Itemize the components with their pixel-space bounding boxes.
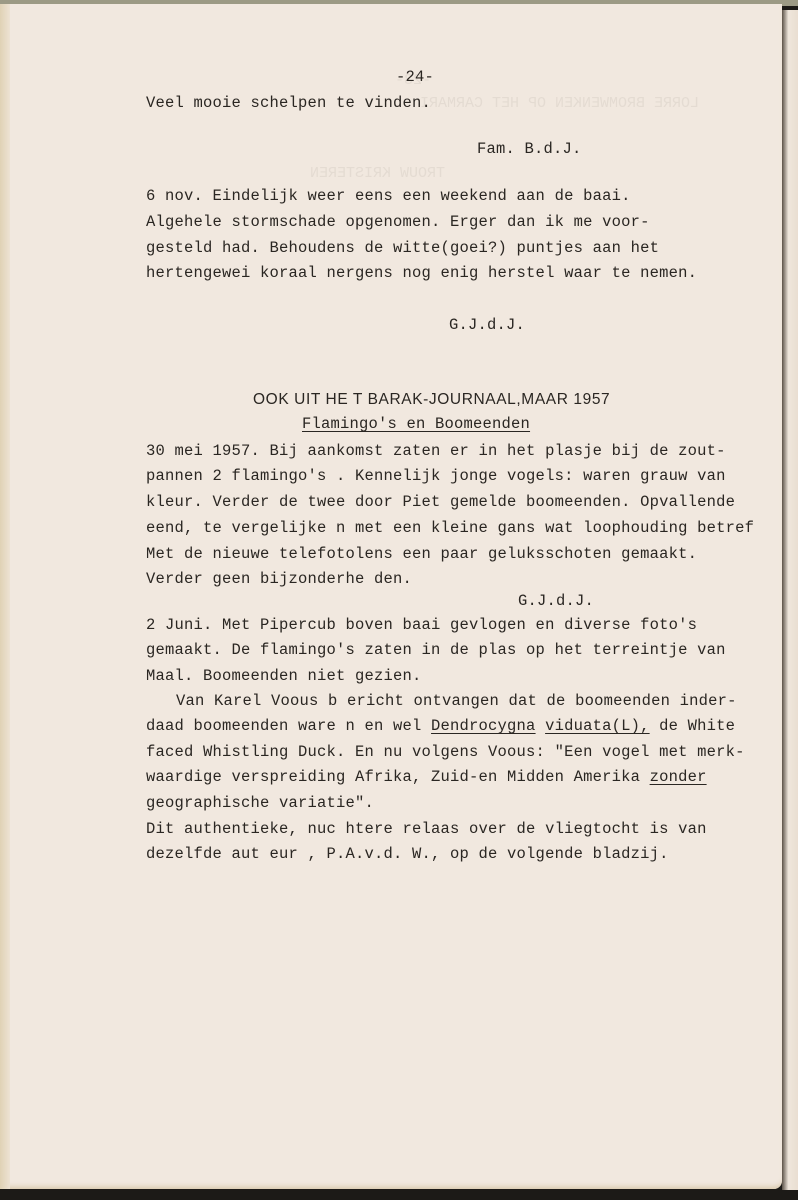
text-line: Van Karel Voous b ericht ontvangen dat d… [176, 692, 737, 710]
text-line: 2 Juni. Met Pipercub boven baai gevlogen… [146, 616, 697, 634]
signature: Fam. B.d.J. [477, 140, 582, 158]
text-line: geographische variatie". [146, 794, 374, 812]
text-line: daad boomeenden ware n en wel Dendrocygn… [146, 717, 735, 735]
signature: G.J.d.J. [449, 316, 525, 334]
text-line: gemaakt. De flamingo's zaten in de plas … [146, 641, 726, 659]
text-line: 30 mei 1957. Bij aankomst zaten er in he… [146, 442, 726, 460]
section-subheading: Flamingo's en Boomeenden [302, 415, 530, 433]
text-line: kleur. Verder de twee door Piet gemelde … [146, 493, 735, 511]
text-line: Veel mooie schelpen te vinden. [146, 94, 431, 112]
section-heading: OOK UIT HE T BARAK-JOURNAAL,MAAR 1957 [253, 391, 610, 409]
text-line: 6 nov. Eindelijk weer eens een weekend a… [146, 187, 631, 205]
species-name-genus: Dendrocygna [431, 717, 536, 735]
document-page [0, 4, 782, 1189]
next-page-edge [782, 10, 798, 1190]
text-line: Verder geen bijzonderhe den. [146, 570, 412, 588]
page-binding-edge [0, 4, 10, 1189]
species-name-epithet: viduata(L), [545, 717, 650, 735]
text-line: gesteld had. Behoudens de witte(goei?) p… [146, 239, 659, 257]
text-line: Maal. Boomeenden niet gezien. [146, 667, 422, 685]
text-line: dezelfde aut eur , P.A.v.d. W., op de vo… [146, 845, 669, 863]
text-span [536, 717, 546, 735]
text-line: waardige verspreiding Afrika, Zuid-en Mi… [146, 768, 707, 786]
text-span: de White [650, 717, 736, 735]
text-span: daad boomeenden ware n en wel [146, 717, 431, 735]
text-line: eend, te vergelijke n met een kleine gan… [146, 519, 754, 537]
text-line: hertengewei koraal nergens nog enig hers… [146, 264, 697, 282]
text-line: Met de nieuwe telefotolens een paar gelu… [146, 545, 697, 563]
text-span: waardige verspreiding Afrika, Zuid-en Mi… [146, 768, 650, 786]
page-number: -24- [396, 68, 434, 86]
emphasis-underlined: zonder [650, 768, 707, 786]
signature: G.J.d.J. [518, 592, 594, 610]
text-line: Dit authentieke, nuc htere relaas over d… [146, 820, 707, 838]
text-line: Algehele stormschade opgenomen. Erger da… [146, 213, 650, 231]
text-line: faced Whistling Duck. En nu volgens Voou… [146, 743, 745, 761]
text-line: pannen 2 flamingo's . Kennelijk jonge vo… [146, 467, 726, 485]
